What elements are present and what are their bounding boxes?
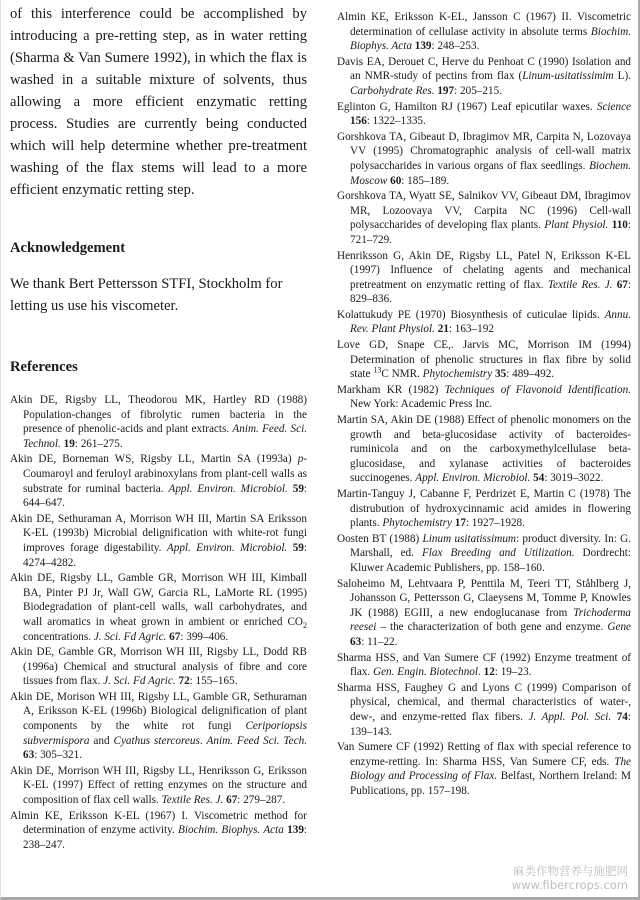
reference-entry: Van Sumere CF (1992) Retting of flax wit… — [337, 740, 631, 798]
site-watermark: 麻类作物营养与施肥网 www.fibercrops.com — [512, 864, 628, 892]
reference-entry: Love GD, Snape CE,. Jarvis MC, Morrison … — [337, 338, 631, 382]
reference-entry: Akin DE, Rigsby LL, Theodorou MK, Hartle… — [10, 393, 307, 451]
reference-entry: Akin DE, Borneman WS, Rigsby LL, Martin … — [10, 452, 307, 510]
watermark-url: www.fibercrops.com — [512, 878, 628, 892]
acknowledgement-heading: Acknowledgement — [10, 238, 307, 258]
intro-paragraph: of this interference could be accomplish… — [10, 3, 307, 201]
references-heading: References — [10, 357, 307, 377]
reference-entry: Markham KR (1982) Techniques of Flavonoi… — [337, 383, 631, 412]
right-column: Almin KE, Eriksson K-EL, Jansson C (1967… — [337, 10, 631, 799]
reference-entry: Martin-Tanguy J, Cabanne F, Perdrizet E,… — [337, 487, 631, 531]
reference-entry: Akin DE, Morrison WH III, Rigsby LL, Hen… — [10, 764, 307, 808]
reference-entry: Almin KE, Eriksson K-EL (1967) I. Viscom… — [10, 809, 307, 853]
reference-entry: Oosten BT (1988) Linum usitatissimum: pr… — [337, 532, 631, 576]
reference-entry: Akin DE, Rigsby LL, Gamble GR, Morrison … — [10, 571, 307, 644]
watermark-chinese-text: 麻类作物营养与施肥网 — [512, 864, 628, 878]
reference-list-left: Akin DE, Rigsby LL, Theodorou MK, Hartle… — [10, 393, 307, 852]
left-column: of this interference could be accomplish… — [10, 0, 307, 853]
reference-entry: Davis EA, Derouet C, Herve du Penhoat C … — [337, 55, 631, 99]
reference-entry: Eglinton G, Hamilton RJ (1967) Leaf epic… — [337, 100, 631, 129]
reference-entry: Henriksson G, Akin DE, Rigsby LL, Patel … — [337, 249, 631, 307]
reference-entry: Gorshkova TA, Gibeaut D, Ibragimov MR, C… — [337, 130, 631, 188]
reference-list-right: Almin KE, Eriksson K-EL, Jansson C (1967… — [337, 10, 631, 798]
reference-entry: Akin DE, Gamble GR, Morrison WH III, Rig… — [10, 645, 307, 689]
reference-entry: Sharma HSS, Faughey G and Lyons C (1999)… — [337, 681, 631, 739]
reference-entry: Gorshkova TA, Wyatt SE, Salnikov VV, Gib… — [337, 189, 631, 247]
reference-entry: Saloheimo M, Lehtvaara P, Penttila M, Te… — [337, 577, 631, 650]
reference-entry: Akin DE, Morison WH III, Rigsby LL, Gamb… — [10, 690, 307, 763]
reference-entry: Sharma HSS, and Van Sumere CF (1992) Enz… — [337, 651, 631, 680]
reference-entry: Akin DE, Sethuraman A, Morrison WH III, … — [10, 512, 307, 570]
reference-entry: Kolattukudy PE (1970) Biosynthesis of cu… — [337, 308, 631, 337]
reference-entry: Almin KE, Eriksson K-EL, Jansson C (1967… — [337, 10, 631, 54]
acknowledgement-text: We thank Bert Pettersson STFI, Stockholm… — [10, 273, 307, 317]
reference-entry: Martin SA, Akin DE (1988) Effect of phen… — [337, 413, 631, 486]
